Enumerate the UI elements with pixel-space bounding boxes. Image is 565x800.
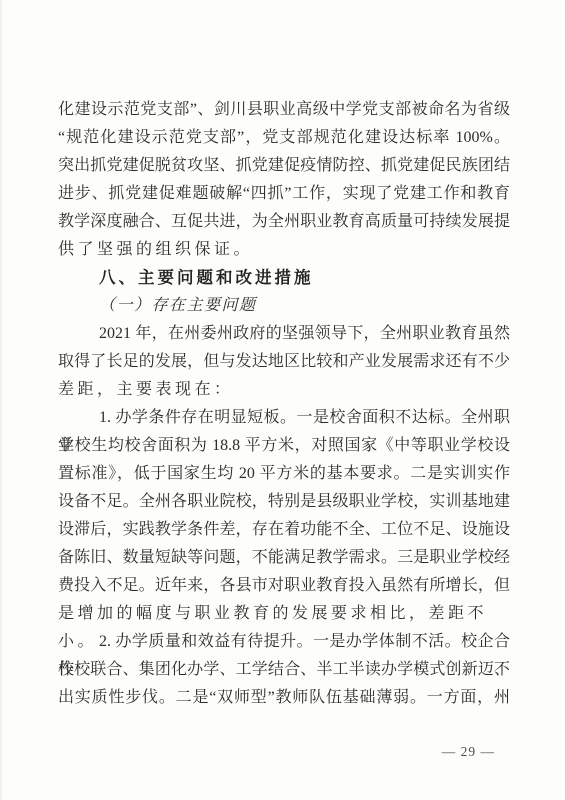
text-line: 差距，主要表现在： [58, 376, 510, 404]
scan-edge-artifact [0, 0, 2, 800]
document-page: 化建设示范党支部”、剑川县职业高级中学党支部被命名为省级 “规范化建设示范党支部… [0, 0, 565, 800]
text-line: 是增加的幅度与职业教育的发展要求相比，差距不小。 [58, 600, 510, 628]
text-line: 备陈旧、数量短缺等问题，不能满足教学需求。三是职业学校经 [58, 544, 510, 572]
text-line: 学校生均校舍面积为 18.8 平方米，对照国家《中等职业学校设 [58, 432, 510, 460]
subsection-heading: （一）存在主要问题 [58, 292, 510, 320]
text-line: 设滞后，实践教学条件差，存在着功能不全、工位不足、设施设 [58, 516, 510, 544]
text-line: 2021 年，在州委州政府的坚强领导下，全州职业教育虽然 [58, 320, 510, 348]
page-number: — 29 — [442, 744, 495, 760]
text-line: 化建设示范党支部”、剑川县职业高级中学党支部被命名为省级 [58, 96, 510, 124]
text-line: “规范化建设示范党支部”，党支部规范化建设达标率 100%。 [58, 124, 510, 152]
text-line: 费投入不足。近年来，各县市对职业教育投入虽然有所增长，但 [58, 572, 510, 600]
text-line: 出实质性步伐。二是“双师型”教师队伍基础薄弱。一方面，州 [58, 684, 510, 712]
text-line: 置标准》，低于国家生均 20 平方米的基本要求。二是实训实作 [58, 460, 510, 488]
document-body: 化建设示范党支部”、剑川县职业高级中学党支部被命名为省级 “规范化建设示范党支部… [58, 96, 510, 712]
text-line: 取得了长足的发展，但与发达地区比较和产业发展需求还有不少 [58, 348, 510, 376]
section-heading: 八、主要问题和改进措施 [58, 264, 510, 292]
text-line: 供了坚强的组织保证。 [58, 236, 510, 264]
text-line: 突出抓党建促脱贫攻坚、抓党建促疫情防控、抓党建促民族团结 [58, 152, 510, 180]
text-line: 2. 办学质量和效益有待提升。一是办学体制不活。校企合作、 [58, 628, 510, 656]
text-line: 教学深度融合、互促共进，为全州职业教育高质量可持续发展提 [58, 208, 510, 236]
text-line: 1. 办学条件存在明显短板。一是校舍面积不达标。全州职业 [58, 404, 510, 432]
text-line: 设备不足。全州各职业院校，特别是县级职业学校，实训基地建 [58, 488, 510, 516]
text-line: 校校联合、集团化办学、工学结合、半工半读办学模式创新迈不 [58, 656, 510, 684]
text-line: 进步、抓党建促难题破解“四抓”工作，实现了党建工作和教育 [58, 180, 510, 208]
